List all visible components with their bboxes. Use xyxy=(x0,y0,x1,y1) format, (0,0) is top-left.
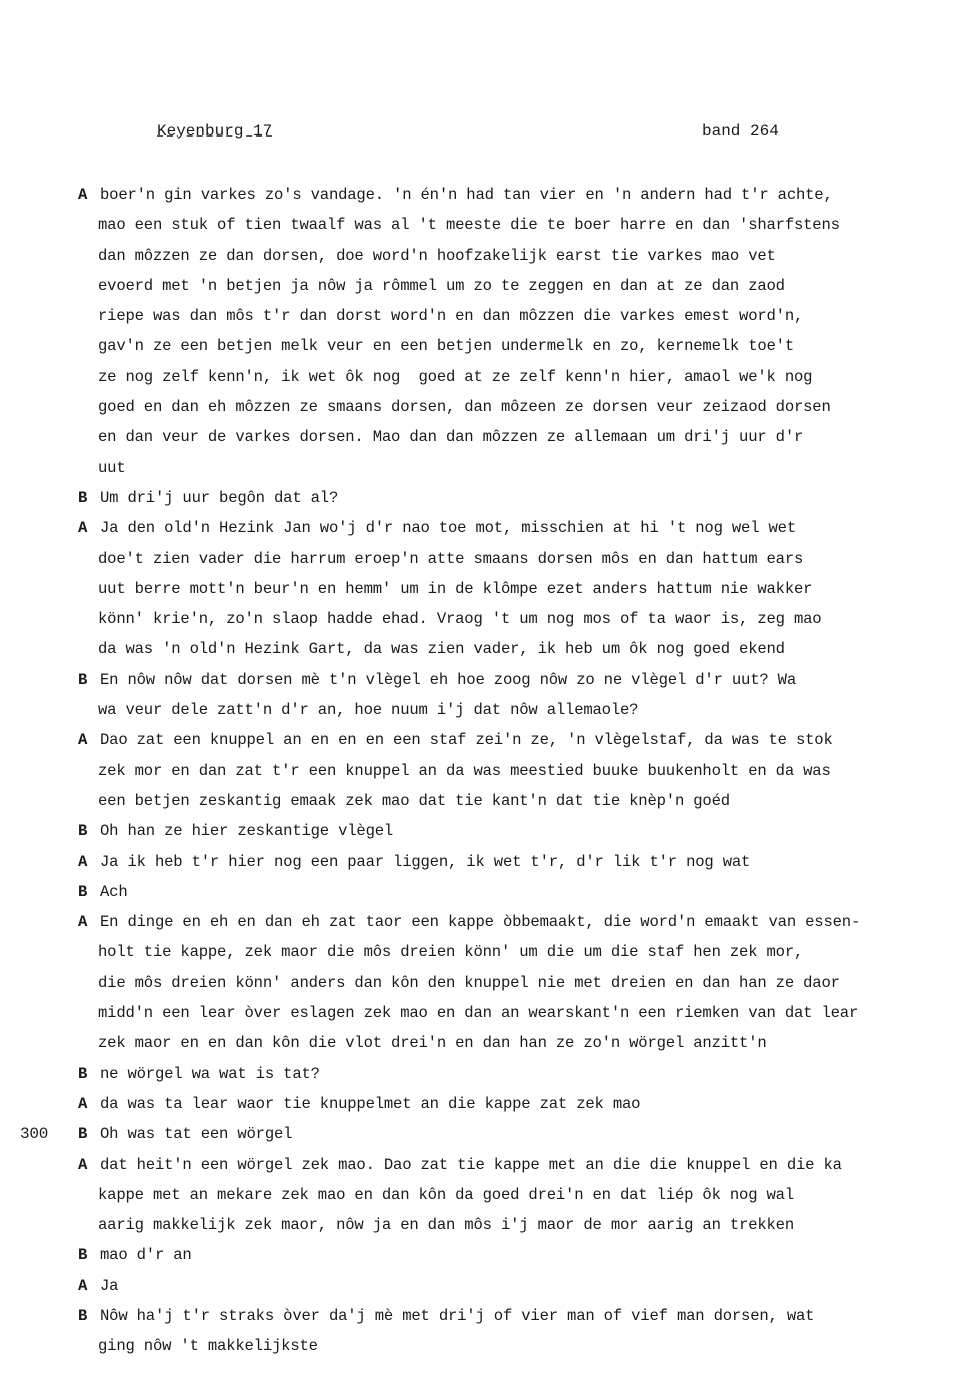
continuation-line: ging nôw 't makkelijkste xyxy=(78,1331,948,1361)
line-text: zek mor en dan zat t'r een knuppel an da… xyxy=(98,756,831,786)
speaker-label: A xyxy=(78,1150,87,1180)
line-text: Nôw ha'j t'r straks òver da'j mè met dri… xyxy=(100,1301,814,1331)
line-text: En nôw nôw dat dorsen mè t'n vlègel eh h… xyxy=(100,665,796,695)
speaker-label: B xyxy=(78,877,87,907)
continuation-line: evoerd met 'n betjen ja nôw ja rômmel um… xyxy=(78,271,948,301)
continuation-line: die môs dreien könn' anders dan kôn den … xyxy=(78,968,948,998)
line-text: da was 'n old'n Hezink Gart, da was zien… xyxy=(98,634,785,664)
line-text: dan môzzen ze dan dorsen, doe word'n hoo… xyxy=(98,241,776,271)
line-text: ze nog zelf kenn'n, ik wet ôk nog goed a… xyxy=(98,362,812,392)
line-text: mao een stuk of tien twaalf was al 't me… xyxy=(98,210,840,240)
line-text: wa veur dele zatt'n d'r an, hoe nuum i'j… xyxy=(98,695,638,725)
line-text: Ja den old'n Hezink Jan wo'j d'r nao toe… xyxy=(100,513,796,543)
line-text: uut berre mott'n beur'n en hemm' um in d… xyxy=(98,574,812,604)
speaker-turn: BNôw ha'j t'r straks òver da'j mè met dr… xyxy=(78,1301,948,1331)
continuation-line: wa veur dele zatt'n d'r an, hoe nuum i'j… xyxy=(78,695,948,725)
continuation-line: een betjen zeskantig emaak zek mao dat t… xyxy=(78,786,948,816)
speaker-label: B xyxy=(78,1119,87,1149)
speaker-turn: AJa ik heb t'r hier nog een paar liggen,… xyxy=(78,847,948,877)
continuation-line: midd'n een lear òver eslagen zek mao en … xyxy=(78,998,948,1028)
continuation-line: uut berre mott'n beur'n en hemm' um in d… xyxy=(78,574,948,604)
line-text: kappe met an mekare zek mao en dan kôn d… xyxy=(98,1180,794,1210)
continuation-line: ze nog zelf kenn'n, ik wet ôk nog goed a… xyxy=(78,362,948,392)
line-text: Ach xyxy=(100,877,127,907)
transcript-page: Keyenburg 17 band 264 Aboer'n gin varkes… xyxy=(0,0,966,1398)
speaker-turn: AJa den old'n Hezink Jan wo'j d'r nao to… xyxy=(78,513,948,543)
line-text: holt tie kappe, zek maor die môs dreien … xyxy=(98,937,803,967)
speaker-turn: Bmao d'r an xyxy=(78,1240,948,1270)
speaker-turn: 300BOh was tat een wörgel xyxy=(78,1119,948,1149)
continuation-line: goed en dan eh môzzen ze smaans dorsen, … xyxy=(78,392,948,422)
line-text: aarig makkelijk zek maor, nôw ja en dan … xyxy=(98,1210,794,1240)
title-text: Keyenburg 17 xyxy=(157,122,272,140)
speaker-turn: Bne wörgel wa wat is tat? xyxy=(78,1059,948,1089)
speaker-label: B xyxy=(78,1301,87,1331)
line-text: ging nôw 't makkelijkste xyxy=(98,1331,318,1361)
line-text: midd'n een lear òver eslagen zek mao en … xyxy=(98,998,858,1028)
speaker-turn: Adat heit'n een wörgel zek mao. Dao zat … xyxy=(78,1150,948,1180)
continuation-line: da was 'n old'n Hezink Gart, da was zien… xyxy=(78,634,948,664)
speaker-turn: AJa xyxy=(78,1271,948,1301)
line-text: En dinge en eh en dan eh zat taor een ka… xyxy=(100,907,860,937)
speaker-label: B xyxy=(78,1059,87,1089)
line-text: da was ta lear waor tie knuppelmet an di… xyxy=(100,1089,640,1119)
line-text: Oh han ze hier zeskantige vlègel xyxy=(100,816,393,846)
line-text: Um dri'j uur begôn dat al? xyxy=(100,483,338,513)
band-label: band 264 xyxy=(702,122,779,140)
speaker-turn: ADao zat een knuppel an en en en een sta… xyxy=(78,725,948,755)
speaker-turn: BUm dri'j uur begôn dat al? xyxy=(78,483,948,513)
continuation-line: holt tie kappe, zek maor die môs dreien … xyxy=(78,937,948,967)
line-text: evoerd met 'n betjen ja nôw ja rômmel um… xyxy=(98,271,785,301)
line-text: ne wörgel wa wat is tat? xyxy=(100,1059,320,1089)
speaker-label: A xyxy=(78,180,87,210)
continuation-line: zek maor en en dan kôn die vlot drei'n e… xyxy=(78,1028,948,1058)
line-text: en dan veur de varkes dorsen. Mao dan da… xyxy=(98,422,803,452)
continuation-line: en dan veur de varkes dorsen. Mao dan da… xyxy=(78,422,948,452)
line-text: Ja ik heb t'r hier nog een paar liggen, … xyxy=(100,847,750,877)
line-text: gav'n ze een betjen melk veur en een bet… xyxy=(98,331,794,361)
continuation-line: zek mor en dan zat t'r een knuppel an da… xyxy=(78,756,948,786)
line-text: könn' krie'n, zo'n slaop hadde ehad. Vra… xyxy=(98,604,821,634)
line-text: dat heit'n een wörgel zek mao. Dao zat t… xyxy=(100,1150,842,1180)
line-text: boer'n gin varkes zo's vandage. 'n én'n … xyxy=(100,180,833,210)
speaker-turn: BAch xyxy=(78,877,948,907)
line-text: Dao zat een knuppel an en en en een staf… xyxy=(100,725,833,755)
speaker-turn: Aboer'n gin varkes zo's vandage. 'n én'n… xyxy=(78,180,948,210)
continuation-line: gav'n ze een betjen melk veur en een bet… xyxy=(78,331,948,361)
speaker-label: B xyxy=(78,816,87,846)
document-title: Keyenburg 17 xyxy=(157,122,272,140)
line-number-marker: 300 xyxy=(20,1119,48,1149)
line-text: zek maor en en dan kôn die vlot drei'n e… xyxy=(98,1028,767,1058)
continuation-line: mao een stuk of tien twaalf was al 't me… xyxy=(78,210,948,240)
line-text: mao d'r an xyxy=(100,1240,192,1270)
speaker-label: A xyxy=(78,1089,87,1119)
line-text: een betjen zeskantig emaak zek mao dat t… xyxy=(98,786,730,816)
line-text: Ja xyxy=(100,1271,118,1301)
speaker-turn: BEn nôw nôw dat dorsen mè t'n vlègel eh … xyxy=(78,665,948,695)
line-text: uut xyxy=(98,453,125,483)
line-text: goed en dan eh môzzen ze smaans dorsen, … xyxy=(98,392,831,422)
speaker-turn: BOh han ze hier zeskantige vlègel xyxy=(78,816,948,846)
line-text: Oh was tat een wörgel xyxy=(100,1119,292,1149)
line-text: die môs dreien könn' anders dan kôn den … xyxy=(98,968,840,998)
continuation-line: uut xyxy=(78,453,948,483)
speaker-label: A xyxy=(78,513,87,543)
speaker-label: B xyxy=(78,483,87,513)
continuation-line: aarig makkelijk zek maor, nôw ja en dan … xyxy=(78,1210,948,1240)
speaker-label: B xyxy=(78,665,87,695)
continuation-line: könn' krie'n, zo'n slaop hadde ehad. Vra… xyxy=(78,604,948,634)
line-text: riepe was dan môs t'r dan dorst word'n e… xyxy=(98,301,803,331)
speaker-label: A xyxy=(78,847,87,877)
transcript-body: Aboer'n gin varkes zo's vandage. 'n én'n… xyxy=(78,180,948,1362)
speaker-label: B xyxy=(78,1240,87,1270)
speaker-turn: AEn dinge en eh en dan eh zat taor een k… xyxy=(78,907,948,937)
continuation-line: kappe met an mekare zek mao en dan kôn d… xyxy=(78,1180,948,1210)
speaker-turn: Ada was ta lear waor tie knuppelmet an d… xyxy=(78,1089,948,1119)
continuation-line: doe't zien vader die harrum eroep'n atte… xyxy=(78,544,948,574)
speaker-label: A xyxy=(78,907,87,937)
speaker-label: A xyxy=(78,1271,87,1301)
speaker-label: A xyxy=(78,725,87,755)
continuation-line: dan môzzen ze dan dorsen, doe word'n hoo… xyxy=(78,241,948,271)
continuation-line: riepe was dan môs t'r dan dorst word'n e… xyxy=(78,301,948,331)
line-text: doe't zien vader die harrum eroep'n atte… xyxy=(98,544,803,574)
